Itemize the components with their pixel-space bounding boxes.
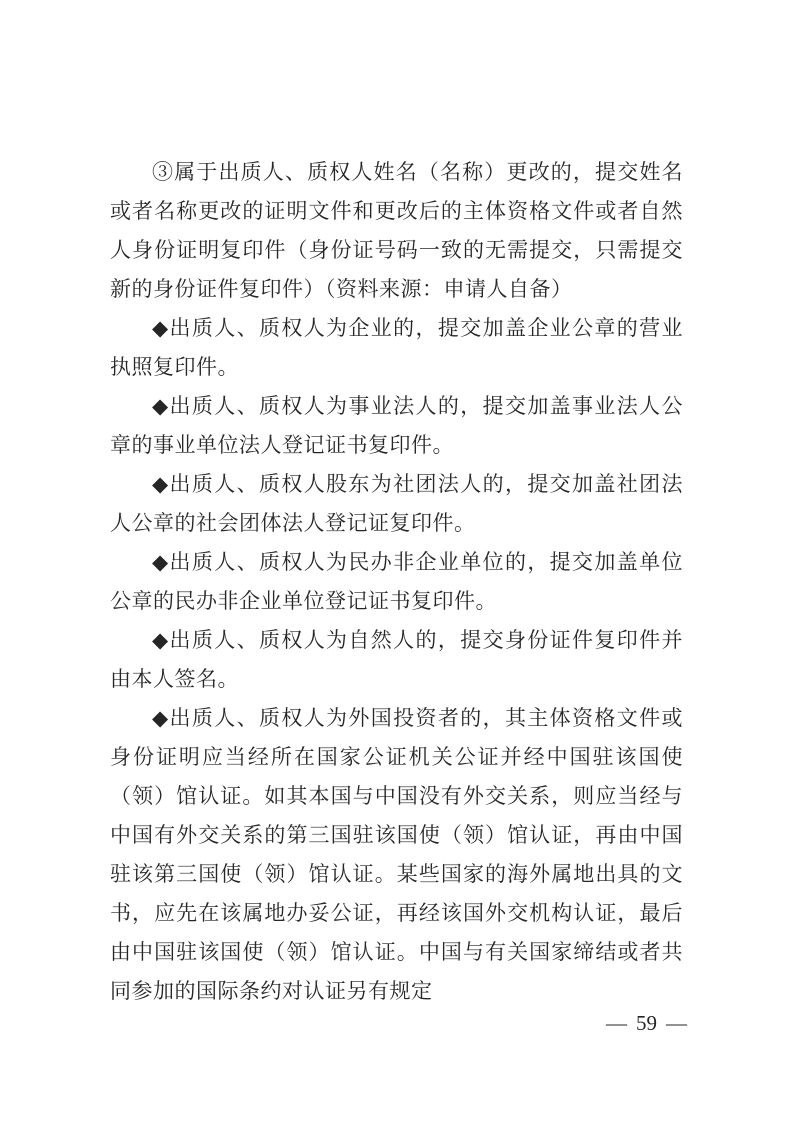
document-body: ③属于出质人、质权人姓名（名称）更改的，提交姓名或者名称更改的证明文件和更改后的…	[110, 153, 683, 1011]
footer-right-dash: —	[666, 1008, 687, 1038]
paragraph-foreign-investor-requirement: ◆出质人、质权人为外国投资者的，其主体资格文件或身份证明应当经所在国家公证机关公…	[110, 699, 683, 1011]
paragraph-public-institution-requirement: ◆出质人、质权人为事业法人的，提交加盖事业法人公章的事业单位法人登记证书复印件。	[110, 387, 683, 465]
page-number: 59	[636, 1008, 657, 1038]
footer-left-dash: —	[606, 1008, 627, 1038]
paragraph-name-change-requirement: ③属于出质人、质权人姓名（名称）更改的，提交姓名或者名称更改的证明文件和更改后的…	[110, 153, 683, 309]
page-footer: — 59 —	[606, 1008, 687, 1038]
document-page: ③属于出质人、质权人姓名（名称）更改的，提交姓名或者名称更改的证明文件和更改后的…	[0, 0, 793, 1122]
paragraph-enterprise-requirement: ◆出质人、质权人为企业的，提交加盖企业公章的营业执照复印件。	[110, 309, 683, 387]
paragraph-private-non-enterprise-requirement: ◆出质人、质权人为民办非企业单位的，提交加盖单位公章的民办非企业单位登记证书复印…	[110, 543, 683, 621]
paragraph-social-organization-requirement: ◆出质人、质权人股东为社团法人的，提交加盖社团法人公章的社会团体法人登记证复印件…	[110, 465, 683, 543]
paragraph-natural-person-requirement: ◆出质人、质权人为自然人的，提交身份证件复印件并由本人签名。	[110, 621, 683, 699]
